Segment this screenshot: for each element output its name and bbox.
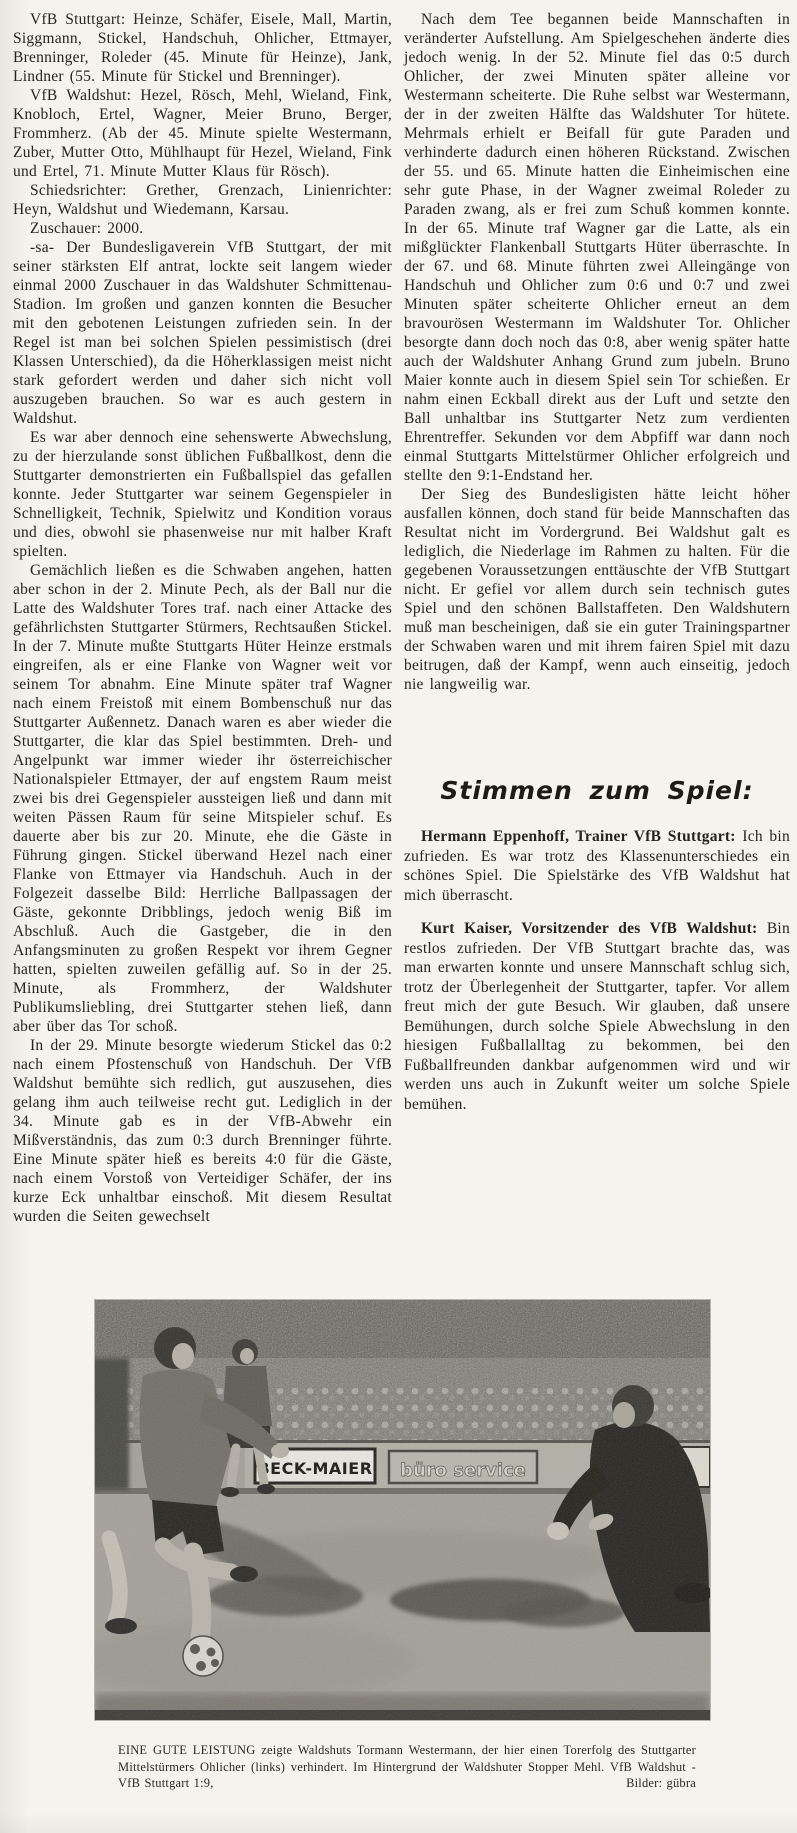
article-paragraph: Gemächlich ließen es die Schwaben angehe…: [13, 561, 392, 1036]
lineup-vfb-stuttgart: VfB Stuttgart: Heinze, Schäfer, Eisele, …: [13, 10, 392, 86]
quote-vorsitzender-waldshut: Kurt Kaiser, Vorsitzender des VfB Waldsh…: [404, 919, 790, 1114]
newspaper-page: VfB Stuttgart: Heinze, Schäfer, Eisele, …: [0, 0, 797, 1833]
article-paragraph: Es war aber dennoch eine sehenswerte Abw…: [13, 428, 392, 561]
quote-trainer-stuttgart: Hermann Eppenhoff, Trainer VfB Stuttgart…: [404, 827, 790, 905]
article-paragraph: In der 29. Minute besorgte wiederum Stic…: [13, 1036, 392, 1226]
photo-caption-text: EINE GUTE LEISTUNG zeigte Waldshuts Torm…: [118, 1743, 696, 1790]
article-paragraph: Nach dem Tee begannen beide Mannschaften…: [404, 10, 790, 485]
referees-line: Schiedsrichter: Grether, Grenzach, Linie…: [13, 181, 392, 219]
attendance-line: Zuschauer: 2000.: [13, 219, 392, 238]
quote-speaker: Hermann Eppenhoff, Trainer VfB Stuttgart…: [421, 828, 736, 845]
quote-speaker: Kurt Kaiser, Vorsitzender des VfB Waldsh…: [421, 920, 757, 937]
photo-caption: EINE GUTE LEISTUNG zeigte Waldshuts Torm…: [118, 1742, 696, 1792]
photo-grain-overlay: [95, 1300, 710, 1720]
lineup-vfb-waldshut: VfB Waldshut: Hezel, Rösch, Mehl, Wielan…: [13, 86, 392, 181]
article-column-left: VfB Stuttgart: Heinze, Schäfer, Eisele, …: [13, 10, 392, 1226]
article-column-right: Nach dem Tee begannen beide Mannschaften…: [404, 10, 790, 1128]
photo-credit: Bilder: gübra: [626, 1775, 696, 1792]
article-paragraph: Der Sieg des Bundesligisten hätte leicht…: [404, 485, 790, 694]
section-heading-stimmen-zum-spiel: Stimmen zum Spiel:: [404, 776, 790, 805]
match-photo-illustration: BECK-MAIER büro service Bü: [95, 1300, 710, 1720]
match-photo: BECK-MAIER büro service Bü: [95, 1300, 710, 1720]
article-paragraph: -sa- Der Bundesligaverein VfB Stuttgart,…: [13, 238, 392, 428]
quote-text: Bin restlos zufrieden. Der VfB Stuttgart…: [404, 920, 790, 1113]
